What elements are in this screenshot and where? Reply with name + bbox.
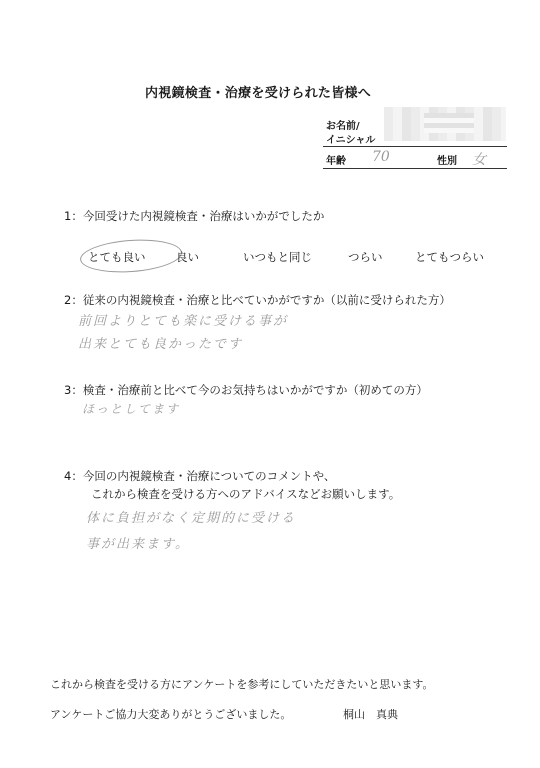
option-very-good[interactable]: とても良い	[88, 249, 146, 265]
name-underline	[323, 146, 507, 147]
question-4-text-line-2: これから検査を受ける方へのアドバイスなどお願いします。	[91, 486, 400, 502]
name-redacted-field	[384, 107, 506, 141]
question-2: 2：従来の内視鏡検査・治療と比べていかがですか（以前に受けられた方）	[64, 292, 451, 308]
option-same-as-usual[interactable]: いつもと同じ	[243, 249, 312, 265]
document-title: 内視鏡検査・治療を受けられた皆様へ	[145, 82, 371, 101]
question-3: 3：検査・治療前と比べて今のお気持ちはいかがですか（初めての方）	[64, 382, 428, 398]
question-2-answer-line-2: 出来とても良かったです	[78, 333, 243, 352]
question-1-text: 今回受けた内視鏡検査・治療はいかがでしたか	[83, 209, 325, 223]
question-2-answer-line-1: 前回よりとても楽に受ける事が	[78, 310, 288, 329]
question-4-text: 今回の内視鏡検査・治療についてのコメントや、	[83, 469, 336, 483]
question-1: 1：今回受けた内視鏡検査・治療はいかがでしたか	[64, 208, 324, 224]
option-good[interactable]: 良い	[176, 249, 199, 265]
question-3-answer-line-1: ほっとしてます	[82, 400, 180, 417]
age-gender-underline	[323, 168, 507, 169]
question-4-number: 4：	[64, 469, 83, 483]
age-label: 年齢	[326, 152, 346, 167]
age-value: 70	[372, 149, 390, 165]
question-2-number: 2：	[64, 293, 83, 307]
gender-value: 女	[472, 149, 486, 169]
question-2-text: 従来の内視鏡検査・治療と比べていかがですか（以前に受けられた方）	[83, 293, 451, 307]
name-label-line2: イニシャル	[326, 131, 375, 146]
footer-signature: 桐山 真典	[343, 706, 398, 722]
question-4-answer-line-1: 体に負担がなく定期的に受ける	[86, 507, 296, 526]
question-4: 4：今回の内視鏡検査・治療についてのコメントや、	[64, 468, 335, 484]
name-label-line1: お名前/	[326, 117, 360, 132]
question-3-text: 検査・治療前と比べて今のお気持ちはいかがですか（初めての方）	[83, 383, 428, 397]
footer-line-1: これから検査を受ける方にアンケートを参考にしていただきたいと思います。	[50, 676, 433, 692]
footer-line-2: アンケートご協力大変ありがとうございました。	[50, 706, 291, 722]
question-3-number: 3：	[64, 383, 83, 397]
question-1-number: 1：	[64, 209, 83, 223]
option-hard[interactable]: つらい	[348, 249, 383, 265]
gender-label: 性別	[437, 152, 457, 167]
option-very-hard[interactable]: とてもつらい	[415, 249, 484, 265]
question-4-answer-line-2: 事が出来ます。	[86, 533, 190, 552]
